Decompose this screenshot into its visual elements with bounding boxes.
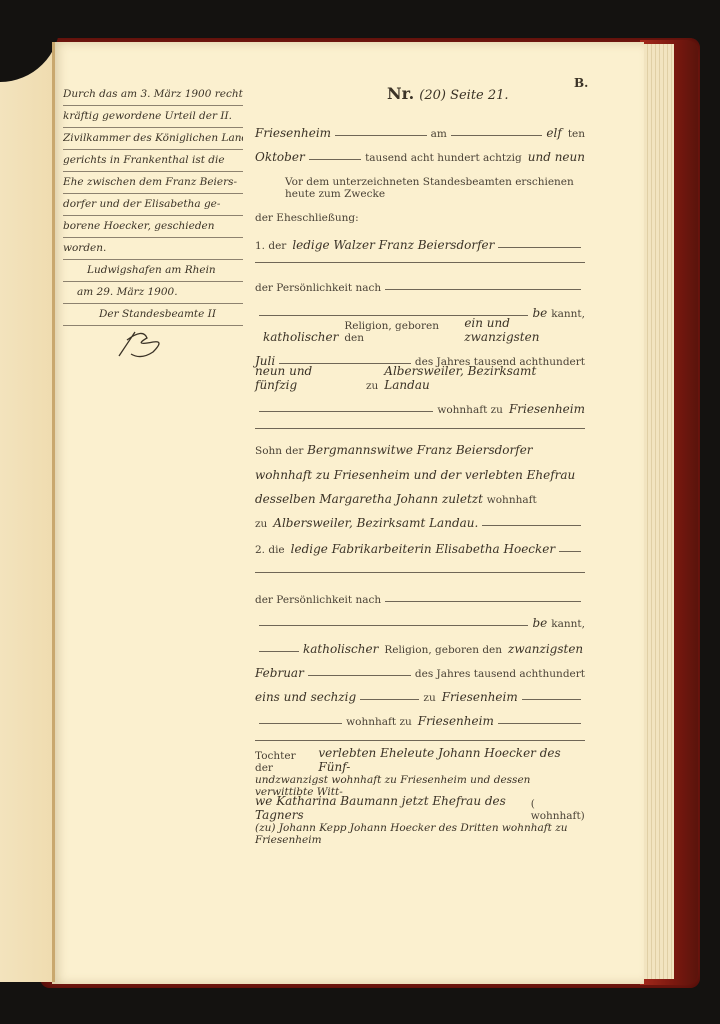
- groom-residence-line: wohnhaft zu Friesenheim: [255, 394, 585, 416]
- divider: [255, 572, 585, 573]
- parents-residence-label: ( wohnhaft): [531, 798, 585, 822]
- place-date-line: Friesenheim am elf ten: [255, 118, 585, 140]
- signature: [63, 326, 243, 365]
- entry-number-value: (20) Seite 21.: [419, 88, 508, 103]
- groom-parents: Sohn der Bergmannswitwe Franz Beiersdorf…: [255, 438, 585, 512]
- ten-label: ten: [568, 128, 585, 140]
- year-prefix: tausend acht hundert achtzig: [365, 152, 522, 164]
- birthplace-label: zu: [366, 380, 378, 392]
- bride-birthplace-line: eins und sechzig zu Friesenheim: [255, 682, 585, 704]
- groom-birth-year: neun und fünfzig: [255, 364, 358, 392]
- intro-text: Vor dem unterzeichneten Standesbeamten e…: [255, 178, 585, 200]
- margin-line: Zivilkammer des Königlichen Land-: [63, 128, 243, 150]
- bride-birth-day: zwanzigsten: [508, 642, 583, 656]
- month-year-line: Oktober tausend acht hundert achtzig und…: [255, 142, 585, 164]
- groom-birthplace-line: neun und fünfzig zu Albersweiler, Bezirk…: [255, 370, 585, 392]
- page-label: B.: [574, 76, 588, 90]
- bride-parents-text-1: verlebten Eheleute Johann Hoecker des Fü…: [318, 746, 585, 774]
- bride-parents-line-3: we Katharina Baumann jetzt Ehefrau des T…: [255, 800, 585, 822]
- margin-line: dorfer und der Elisabetha ge-: [63, 194, 243, 216]
- left-page: [0, 22, 52, 982]
- bride-identity-line: der Persönlichkeit nach: [255, 584, 585, 606]
- margin-line: Der Standesbeamte II: [63, 304, 243, 326]
- bride-religion-line: katholischer Religion, geboren den zwanz…: [255, 634, 585, 656]
- gutter: [52, 42, 55, 982]
- residence-label: wohnhaft zu: [346, 716, 412, 728]
- divider: [255, 262, 585, 263]
- bride-birth-month: Februar: [255, 666, 304, 680]
- margin-note: Durch das am 3. März 1900 rechts- kräfti…: [63, 84, 243, 365]
- year-suffix: und neun: [528, 150, 585, 164]
- margin-line: Ehe zwischen dem Franz Beiers-: [63, 172, 243, 194]
- parents-label: Tochter der: [255, 750, 314, 774]
- groom-description: ledige Walzer Franz Beiersdorfer: [292, 238, 494, 252]
- identity-label: der Persönlichkeit nach: [255, 594, 381, 606]
- known-label: kannt,: [551, 618, 585, 630]
- bride-birthplace: Friesenheim: [442, 690, 518, 704]
- margin-line: Durch das am 3. März 1900 rechts-: [63, 84, 243, 106]
- groom-birthplace: Albersweiler, Bezirksamt Landau: [384, 364, 585, 392]
- margin-line: worden.: [63, 238, 243, 260]
- bride-description: ledige Fabrikarbeiterin Elisabetha Hoeck…: [291, 542, 555, 556]
- birth-year-label: des Jahres tausend achthundert: [415, 668, 585, 680]
- am-label: am: [431, 128, 447, 140]
- known-hw: be: [532, 616, 547, 630]
- bride-number-label: 2. die: [255, 544, 285, 556]
- place: Friesenheim: [255, 126, 331, 140]
- groom-parents-tail: zuletzt: [442, 492, 483, 506]
- margin-line: gerichts in Frankenthal ist die: [63, 150, 243, 172]
- bride-birth-year: eins und sechzig: [255, 690, 356, 704]
- bride-line: 2. die ledige Fabrikarbeiterin Elisabeth…: [255, 534, 585, 556]
- intro-text-2: der Eheschließung:: [255, 202, 585, 224]
- margin-line: kräftig gewordene Urteil der II.: [63, 106, 243, 128]
- entry-number-label: Nr.: [387, 84, 414, 103]
- bride-known-line: be kannt,: [255, 608, 585, 630]
- page-stack: [640, 44, 674, 979]
- groom-parents-residence: Albersweiler, Bezirksamt Landau.: [273, 516, 478, 530]
- groom-identity-line: der Persönlichkeit nach: [255, 272, 585, 294]
- bride-residence: Friesenheim: [418, 714, 494, 728]
- margin-line: am 29. März 1900.: [63, 282, 243, 304]
- divider: [255, 428, 585, 429]
- parents-residence-label: wohnhaft: [487, 494, 537, 506]
- bride-parents-line-1: Tochter der verlebten Eheleute Johann Ho…: [255, 752, 585, 774]
- groom-number-label: 1. der: [255, 240, 286, 252]
- day: elf: [546, 126, 561, 140]
- groom-parents-residence-line: zu Albersweiler, Bezirksamt Landau.: [255, 508, 585, 530]
- groom-residence: Friesenheim: [509, 402, 585, 416]
- bride-birth-line: Februar des Jahres tausend achthundert: [255, 658, 585, 680]
- divider: [255, 740, 585, 741]
- bride-religion: katholischer: [303, 642, 378, 656]
- groom-religion: katholischer: [263, 330, 338, 344]
- groom-birth-day: ein und zwanzigsten: [464, 316, 585, 344]
- month: Oktober: [255, 150, 305, 164]
- bride-parents-line-4: (zu) Johann Kepp Johann Hoecker des Drit…: [255, 824, 585, 846]
- religion-label: Religion, geboren den: [384, 644, 502, 656]
- identity-label: der Persönlichkeit nach: [255, 282, 381, 294]
- margin-line: Ludwigshafen am Rhein: [63, 260, 243, 282]
- groom-line: 1. der ledige Walzer Franz Beiersdorfer: [255, 230, 585, 252]
- groom-religion-line: katholischer Religion, geboren den ein u…: [255, 322, 585, 344]
- parents-label: Sohn der: [255, 445, 303, 457]
- bride-parents-text-3: we Katharina Baumann jetzt Ehefrau des T…: [255, 794, 523, 822]
- entry-number: Nr. (20) Seite 21.: [387, 84, 509, 103]
- religion-label: Religion, geboren den: [344, 320, 458, 344]
- residence-label: wohnhaft zu: [437, 404, 503, 416]
- birthplace-label: zu: [423, 692, 435, 704]
- residence-prefix: zu: [255, 518, 267, 530]
- margin-line: borene Hoecker, geschieden: [63, 216, 243, 238]
- bride-residence-line: wohnhaft zu Friesenheim: [255, 706, 585, 728]
